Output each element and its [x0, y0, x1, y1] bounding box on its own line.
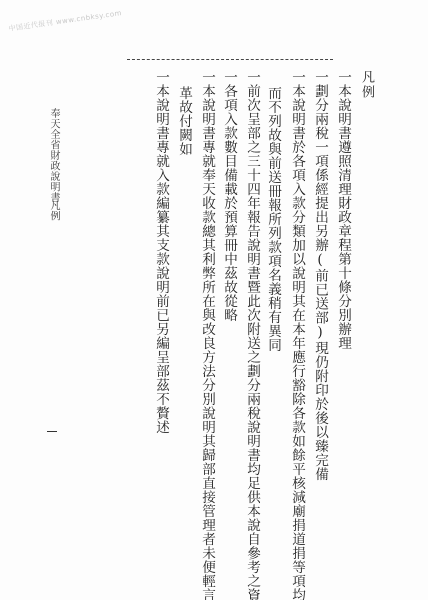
header-rule	[127, 59, 333, 60]
page-number	[47, 431, 57, 432]
rule-item-7: 一本說明書專就入款編纂其支款說明前已另編呈部茲不贅述	[153, 70, 169, 434]
rule-item-6-continued: 革故付闕如	[176, 86, 192, 156]
rule-item-2: 一劃分兩稅一項係經提出另辦(前已送部)現仍附印於後以臻完備	[312, 70, 328, 481]
rule-item-5: 一各項入款數目備載於預算冊中茲故從略	[221, 70, 237, 322]
rule-item-3-continued: 而不列故與前送冊報所列款項名義稍有異同	[265, 86, 281, 352]
rule-item-1: 一本說明書遵照清理財政章程第十條分別辦理	[335, 70, 351, 350]
rule-item-4: 一前次呈部之三十四年報告說明書暨此次附送之劃分兩稅說明書均足供本說自參考之資	[244, 70, 260, 600]
rule-item-6: 一本說明書專就奉天收款總其利弊所在與改良方法分別說明其歸部直接管理者未便輕言	[199, 70, 215, 600]
watermark: 中国近代报刊 www.cnbksy.com	[8, 8, 123, 34]
book-section: 凡例	[45, 200, 61, 221]
page-heading: 凡例	[358, 70, 374, 100]
book-title: 奉天全省財政說明書	[45, 108, 61, 203]
rule-item-3: 一本說明書於各項入款分類加以說明其在本年應行豁除各款如餘平核減廟捐道捐等項均	[289, 70, 305, 600]
